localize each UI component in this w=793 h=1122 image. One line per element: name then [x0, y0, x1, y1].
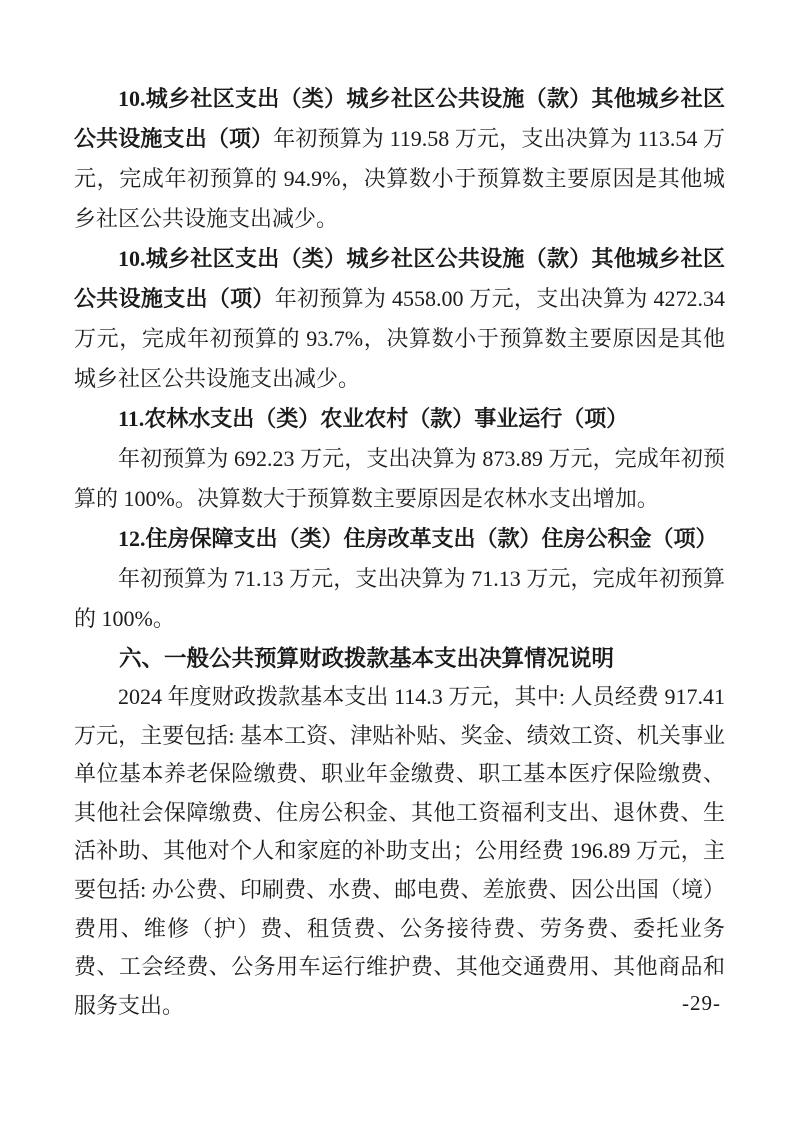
item12-body: 年初预算为 71.13 万元，支出决算为 71.13 万元，完成年初预算的 10…	[74, 559, 725, 639]
item12-body-text: 年初预算为 71.13 万元，支出决算为 71.13 万元，完成年初预算的 10…	[74, 566, 725, 631]
paragraph-item10-second: 10.城乡社区支出（类）城乡社区公共设施（款）其他城乡社区公共设施支出（项）年初…	[74, 239, 725, 399]
section-six-body-text: 2024 年度财政拨款基本支出 114.3 万元，其中: 人员经费 917.41…	[74, 684, 725, 1018]
section-six-body: 2024 年度财政拨款基本支出 114.3 万元，其中: 人员经费 917.41…	[74, 678, 725, 1025]
document-page: 10.城乡社区支出（类）城乡社区公共设施（款）其他城乡社区公共设施支出（项）年初…	[0, 0, 793, 1122]
item11-heading: 11.农林水支出（类）农业农村（款）事业运行（项）	[74, 399, 725, 439]
item11-body-text: 年初预算为 692.23 万元，支出决算为 873.89 万元，完成年初预算的 …	[74, 446, 725, 511]
page-number: -29-	[682, 991, 721, 1016]
item11-body: 年初预算为 692.23 万元，支出决算为 873.89 万元，完成年初预算的 …	[74, 439, 725, 519]
item12-heading: 12.住房保障支出（类）住房改革支出（款）住房公积金（项）	[74, 519, 725, 559]
section-six-heading: 六、一般公共预算财政拨款基本支出决算情况说明	[74, 639, 725, 678]
document-content: 10.城乡社区支出（类）城乡社区公共设施（款）其他城乡社区公共设施支出（项）年初…	[74, 79, 725, 1025]
paragraph-item10-first: 10.城乡社区支出（类）城乡社区公共设施（款）其他城乡社区公共设施支出（项）年初…	[74, 79, 725, 239]
